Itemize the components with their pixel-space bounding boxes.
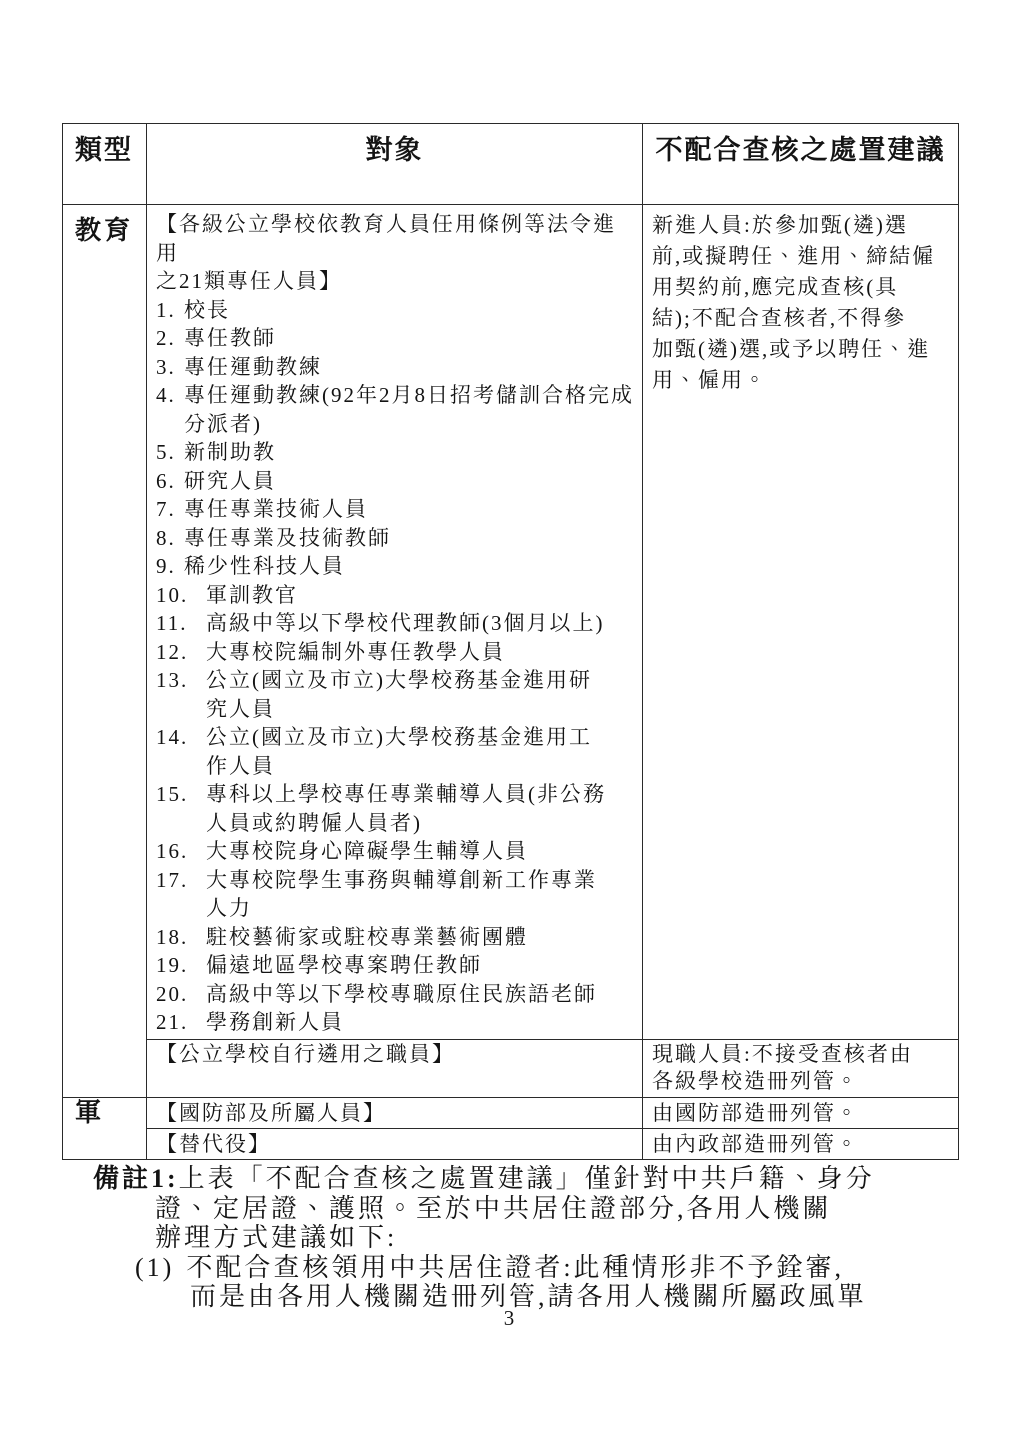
- item-number: 14.: [156, 723, 206, 752]
- item-text: 學務創新人員: [206, 1008, 636, 1037]
- item-number: 20.: [156, 980, 206, 1009]
- item-number: 4.: [156, 381, 184, 410]
- list-item: 3.專任運動教練: [156, 353, 636, 382]
- personnel-item-list: 1.校長 2.專任教師 3.專任運動教練 4.專任運動教練(92年2月8日招考儲…: [156, 296, 636, 1037]
- target-cell-substitute-service: 【替代役】: [147, 1128, 643, 1159]
- item-number: 3.: [156, 353, 184, 382]
- item-text: 校長: [184, 296, 636, 325]
- item-text: 大專校院身心障礙學生輔導人員: [206, 837, 636, 866]
- action-cell-substitute-service: 由內政部造冊列管。: [643, 1128, 959, 1159]
- item-text: 駐校藝術家或駐校專業藝術團體: [206, 923, 636, 952]
- item-text: 研究人員: [184, 467, 636, 496]
- education-staff-row: 【公立學校自行遴用之職員】 現職人員:不接受查核者由 各級學校造冊列管。: [63, 1039, 959, 1097]
- item-number: 10.: [156, 581, 206, 610]
- page-number: 3: [0, 1306, 1018, 1331]
- target-cell-school-selected-staff: 【公立學校自行遴用之職員】: [147, 1039, 643, 1097]
- list-item: 5.新制助教: [156, 438, 636, 467]
- item-text: 偏遠地區學校專案聘任教師: [206, 951, 636, 980]
- list-item: 12.大專校院編制外專任教學人員: [156, 638, 636, 667]
- list-item: 13.公立(國立及市立)大學校務基金進用研 究人員: [156, 666, 636, 723]
- note-1-label: 備註1:: [93, 1164, 179, 1193]
- list-item: 14.公立(國立及市立)大學校務基金進用工 作人員: [156, 723, 636, 780]
- target-group-heading: 【各級公立學校依教育人員任用條例等法令進用 之21類專任人員】: [156, 210, 636, 296]
- column-header-target: 對象: [147, 124, 643, 205]
- list-item: 10.軍訓教官: [156, 581, 636, 610]
- item-number: 1.: [156, 296, 184, 325]
- item-number: 5.: [156, 438, 184, 467]
- item-text: 專科以上學校專任專業輔導人員(非公務 人員或約聘僱人員者): [206, 780, 636, 837]
- item-text: 高級中等以下學校代理教師(3個月以上): [206, 609, 636, 638]
- type-cell-education: 教育: [63, 205, 147, 1098]
- action-cell-mnd: 由國防部造冊列管。: [643, 1097, 959, 1128]
- list-item: 11.高級中等以下學校代理教師(3個月以上): [156, 609, 636, 638]
- note-1: 備註1:上表「不配合查核之處置建議」僅針對中共戶籍、身分 證、定居證、護照。至於…: [93, 1164, 923, 1253]
- target-cell-education-list: 【各級公立學校依教育人員任用條例等法令進用 之21類專任人員】 1.校長 2.專…: [147, 205, 643, 1040]
- item-text: 稀少性科技人員: [184, 552, 636, 581]
- note-1-sub-1-body: 不配合查核領用中共居住證者:此種情形非不予銓審, 而是由各用人機關造冊列管,請各…: [186, 1253, 866, 1312]
- list-item: 15.專科以上學校專任專業輔導人員(非公務 人員或約聘僱人員者): [156, 780, 636, 837]
- personnel-verification-table: 類型 對象 不配合查核之處置建議 教育 【各級公立學校依教育人員任用條例等法令進…: [62, 123, 959, 1160]
- item-number: 9.: [156, 552, 184, 581]
- action-cell-current-personnel: 現職人員:不接受查核者由 各級學校造冊列管。: [643, 1039, 959, 1097]
- item-text: 公立(國立及市立)大學校務基金進用工 作人員: [206, 723, 636, 780]
- item-number: 16.: [156, 837, 206, 866]
- list-item: 20.高級中等以下學校專職原住民族語老師: [156, 980, 636, 1009]
- item-text: 軍訓教官: [206, 581, 636, 610]
- item-text: 專任運動教練(92年2月8日招考儲訓合格完成 分派者): [184, 381, 636, 438]
- item-number: 2.: [156, 324, 184, 353]
- item-text: 專任教師: [184, 324, 636, 353]
- item-text: 專任專業技術人員: [184, 495, 636, 524]
- military-substitute-row: 【替代役】 由內政部造冊列管。: [63, 1128, 959, 1159]
- item-text: 大專校院編制外專任教學人員: [206, 638, 636, 667]
- item-number: 6.: [156, 467, 184, 496]
- column-header-action: 不配合查核之處置建議: [643, 124, 959, 205]
- list-item: 9.稀少性科技人員: [156, 552, 636, 581]
- item-number: 11.: [156, 609, 206, 638]
- target-cell-mnd-personnel: 【國防部及所屬人員】: [147, 1097, 643, 1128]
- item-number: 17.: [156, 866, 206, 895]
- item-number: 12.: [156, 638, 206, 667]
- list-item: 2.專任教師: [156, 324, 636, 353]
- table-header-row: 類型 對象 不配合查核之處置建議: [63, 124, 959, 205]
- list-item: 7.專任專業技術人員: [156, 495, 636, 524]
- list-item: 4.專任運動教練(92年2月8日招考儲訓合格完成 分派者): [156, 381, 636, 438]
- education-main-row: 教育 【各級公立學校依教育人員任用條例等法令進用 之21類專任人員】 1.校長 …: [63, 205, 959, 1040]
- item-text: 專任專業及技術教師: [184, 524, 636, 553]
- item-text: 公立(國立及市立)大學校務基金進用研 究人員: [206, 666, 636, 723]
- item-number: 21.: [156, 1008, 206, 1037]
- list-item: 21.學務創新人員: [156, 1008, 636, 1037]
- list-item: 1.校長: [156, 296, 636, 325]
- item-number: 19.: [156, 951, 206, 980]
- note-1-sub-1: (1)不配合查核領用中共居住證者:此種情形非不予銓審, 而是由各用人機關造冊列管…: [93, 1253, 923, 1312]
- column-header-type: 類型: [63, 124, 147, 205]
- list-item: 18.駐校藝術家或駐校專業藝術團體: [156, 923, 636, 952]
- item-text: 新制助教: [184, 438, 636, 467]
- item-number: 18.: [156, 923, 206, 952]
- list-item: 16.大專校院身心障礙學生輔導人員: [156, 837, 636, 866]
- item-text: 專任運動教練: [184, 353, 636, 382]
- note-1-body: 上表「不配合查核之處置建議」僅針對中共戶籍、身分 證、定居證、護照。至於中共居住…: [155, 1164, 875, 1252]
- item-number: 15.: [156, 780, 206, 809]
- item-text: 高級中等以下學校專職原住民族語老師: [206, 980, 636, 1009]
- list-item: 8.專任專業及技術教師: [156, 524, 636, 553]
- note-1-sub-1-label: (1): [135, 1253, 174, 1282]
- list-item: 17.大專校院學生事務與輔導創新工作專業 人力: [156, 866, 636, 923]
- military-mnd-row: 軍 【國防部及所屬人員】 由國防部造冊列管。: [63, 1097, 959, 1128]
- type-cell-military: 軍: [63, 1097, 147, 1159]
- item-number: 13.: [156, 666, 206, 695]
- list-item: 6.研究人員: [156, 467, 636, 496]
- list-item: 19.偏遠地區學校專案聘任教師: [156, 951, 636, 980]
- action-cell-new-personnel: 新進人員:於參加甄(遴)選 前,或擬聘任、進用、締結僱 用契約前,應完成查核(具…: [643, 205, 959, 1040]
- notes-section: 備註1:上表「不配合查核之處置建議」僅針對中共戶籍、身分 證、定居證、護照。至於…: [93, 1164, 923, 1312]
- item-number: 7.: [156, 495, 184, 524]
- document-page: 類型 對象 不配合查核之處置建議 教育 【各級公立學校依教育人員任用條例等法令進…: [0, 0, 1018, 1440]
- item-text: 大專校院學生事務與輔導創新工作專業 人力: [206, 866, 636, 923]
- item-number: 8.: [156, 524, 184, 553]
